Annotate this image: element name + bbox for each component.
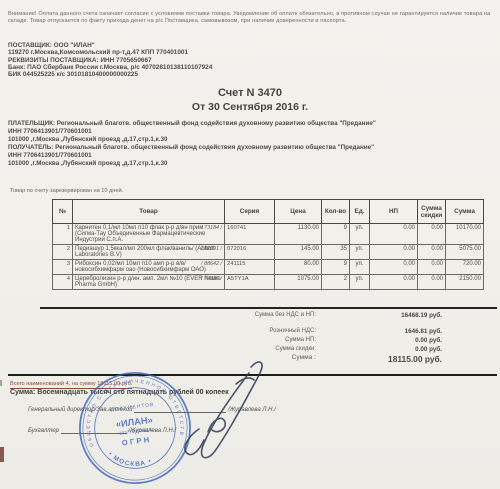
table-row: 2 Педиашур 1,5ккал/мл 200мл флак/ваниль/…	[53, 245, 484, 260]
payer-block: ПЛАТЕЛЬЩИК: Региональный благотв. общест…	[8, 120, 488, 167]
discount-cell: 0.00	[418, 275, 446, 290]
col-header-unit: Ед.	[350, 200, 370, 224]
receiver-inn: ИНН 7706413901/770601001	[8, 152, 488, 160]
stamp-doc-text: ДОКУМЕНТОВ	[110, 402, 154, 413]
total-value: 0.00 руб.	[330, 346, 442, 353]
series-cell: A5TY1A	[225, 275, 275, 290]
unit-cell: уп.	[350, 224, 370, 245]
col-header-qty: Кол-во	[322, 200, 350, 224]
product-cell: Карнитен 0,1/мл 10мл п10 флак р-р д/вн п…	[73, 224, 225, 245]
scan-artifact	[0, 380, 2, 386]
col-header-discount: Сумма скидки	[418, 200, 446, 224]
product-code: / 74986 /	[201, 276, 222, 282]
total-line: Сумма скидки: 0.00 руб.	[150, 346, 442, 353]
product-name: Церебролизин р-р д/ин. амп. 2мл №10 (EVE…	[75, 276, 221, 288]
unit-cell: уп.	[350, 245, 370, 260]
price-cell: 145.00	[275, 245, 322, 260]
price-cell: 1075.00	[275, 275, 322, 290]
total-value: 16468.19 руб.	[330, 312, 442, 319]
col-header-num: №	[53, 200, 73, 224]
supplier-address: 119270 г.Москва,Комсомольский пр-т,д.47 …	[8, 49, 428, 56]
col-header-sum: Сумма	[446, 200, 484, 224]
sum-cell: 5075.00	[446, 245, 484, 260]
unit-cell: уп.	[350, 260, 370, 275]
invoice-title-block: Счет N 3470 От 30 Сентября 2016 г.	[0, 87, 500, 113]
company-stamp: ОБЩЕСТВО С ОГРАНИЧЕННОЙ ОТВЕТСТВЕННОСТЬЮ…	[69, 362, 201, 489]
sum-cell: 10170.00	[446, 224, 484, 245]
discount-cell: 0.00	[418, 224, 446, 245]
np-cell: 0.00	[370, 245, 418, 260]
payer-inn: ИНН 7706413901/770601001	[8, 128, 488, 136]
invoice-number: Счет N 3470	[0, 87, 500, 99]
product-code: / 82091 /	[201, 246, 222, 252]
grand-total-line: Сумма : 18115.00 руб.	[150, 354, 442, 364]
invoice-date: От 30 Сентября 2016 г.	[0, 101, 500, 113]
total-line: Сумма без НДС и НП: 16468.19 руб.	[150, 312, 442, 319]
table-header-row: № Товар Серия Цена Кол-во Ед. НП Сумма с…	[53, 200, 484, 224]
series-cell: 241115	[225, 260, 275, 275]
table-row: 1 Карнитен 0,1/мл 10мл п10 флак р-р д/вн…	[53, 224, 484, 245]
qty-cell: 9	[322, 260, 350, 275]
reserve-note: Товар по счету зарезервирован на 10 дней…	[10, 188, 123, 194]
col-header-series: Серия	[225, 200, 275, 224]
totals-divider	[40, 307, 497, 309]
total-label: Сумма скидки:	[150, 346, 330, 353]
product-cell: Церебролизин р-р д/ин. амп. 2мл №10 (EVE…	[73, 275, 225, 290]
accountant-label: Бухгалтер	[28, 428, 59, 434]
scan-artifact	[0, 447, 4, 462]
qty-cell: 9	[322, 224, 350, 245]
total-label: Розничный НДС:	[150, 328, 330, 335]
payment-disclaimer: Внимание! Оплата данного счета означает …	[8, 11, 492, 24]
qty-cell: 2	[322, 275, 350, 290]
col-header-product: Товар	[73, 200, 225, 224]
total-value: 1646.81 руб.	[330, 328, 442, 335]
unit-cell: уп.	[350, 275, 370, 290]
product-name: Карнитен 0,1/мл 10мл п10 флак р-р д/вн п…	[75, 225, 205, 243]
supplier-requisites: РЕКВИЗИТЫ ПОСТАВЩИКА: ИНН 7705650667	[8, 57, 428, 64]
total-value: 0.00 руб.	[330, 337, 442, 344]
np-cell: 0.00	[370, 260, 418, 275]
row-num: 3	[53, 260, 73, 275]
price-cell: 1130.00	[275, 224, 322, 245]
supplier-bank: Банк: ПАО Сбербанк России г.Москва, р/с …	[8, 64, 428, 71]
receiver-line: ПОЛУЧАТЕЛЬ: Региональный благотв. общест…	[8, 144, 488, 152]
total-label: Сумма НП:	[150, 337, 330, 344]
price-cell: 80.00	[275, 260, 322, 275]
product-code: / 73184 /	[201, 225, 222, 231]
grand-total-value: 18115.00 руб.	[330, 354, 442, 364]
director-sign-name: /Журавлева Л.Н./	[228, 407, 276, 413]
payer-address: 101000 ,г.Москва ,Лубянский проезд ,д.17…	[8, 136, 488, 144]
product-name: Педиашур 1,5ккал/мл 200мл флак/ваниль/ (…	[75, 246, 215, 258]
series-cell: 160741	[225, 224, 275, 245]
sum-cell: 2150.00	[446, 275, 484, 290]
total-label: Сумма без НДС и НП:	[150, 312, 330, 319]
sum-cell: 720.00	[446, 260, 484, 275]
supplier-block: ПОСТАВЩИК: ООО "ИЛАН" 119270 г.Москва,Ко…	[8, 42, 428, 78]
row-num: 1	[53, 224, 73, 245]
series-cell: 072016	[225, 245, 275, 260]
product-code: / 88642 /	[201, 261, 222, 267]
payer-line: ПЛАТЕЛЬЩИК: Региональный благотв. общест…	[8, 120, 488, 128]
qty-cell: 35	[322, 245, 350, 260]
col-header-np: НП	[370, 200, 418, 224]
product-name: Рибоксин 0,02/мл 10мл п10 амп р-р в/в/но…	[75, 261, 206, 273]
product-cell: Рибоксин 0,02/мл 10мл п10 амп р-р в/в/но…	[73, 260, 225, 275]
supplier-bik: БИК 044525225 к/с 30101810400000000225	[8, 71, 428, 78]
discount-cell: 0.00	[418, 245, 446, 260]
np-cell: 0.00	[370, 224, 418, 245]
items-table: № Товар Серия Цена Кол-во Ед. НП Сумма с…	[52, 199, 484, 290]
col-header-price: Цена	[275, 200, 322, 224]
receiver-address: 101000 ,г.Москва ,Лубянский проезд ,д.17…	[8, 160, 488, 168]
stamp-ogrn-label: ОГРН	[121, 435, 152, 448]
table-row: 3 Рибоксин 0,02/мл 10мл п10 амп р-р в/в/…	[53, 260, 484, 275]
row-num: 4	[53, 275, 73, 290]
row-num: 2	[53, 245, 73, 260]
stamp-outer-ring	[74, 367, 197, 489]
total-line: Сумма НП: 0.00 руб.	[150, 337, 442, 344]
np-cell: 0.00	[370, 275, 418, 290]
product-cell: Педиашур 1,5ккал/мл 200мл флак/ваниль/ (…	[73, 245, 225, 260]
table-row: 4 Церебролизин р-р д/ин. амп. 2мл №10 (E…	[53, 275, 484, 290]
total-line: Розничный НДС: 1646.81 руб.	[150, 328, 442, 335]
discount-cell: 0.00	[418, 260, 446, 275]
